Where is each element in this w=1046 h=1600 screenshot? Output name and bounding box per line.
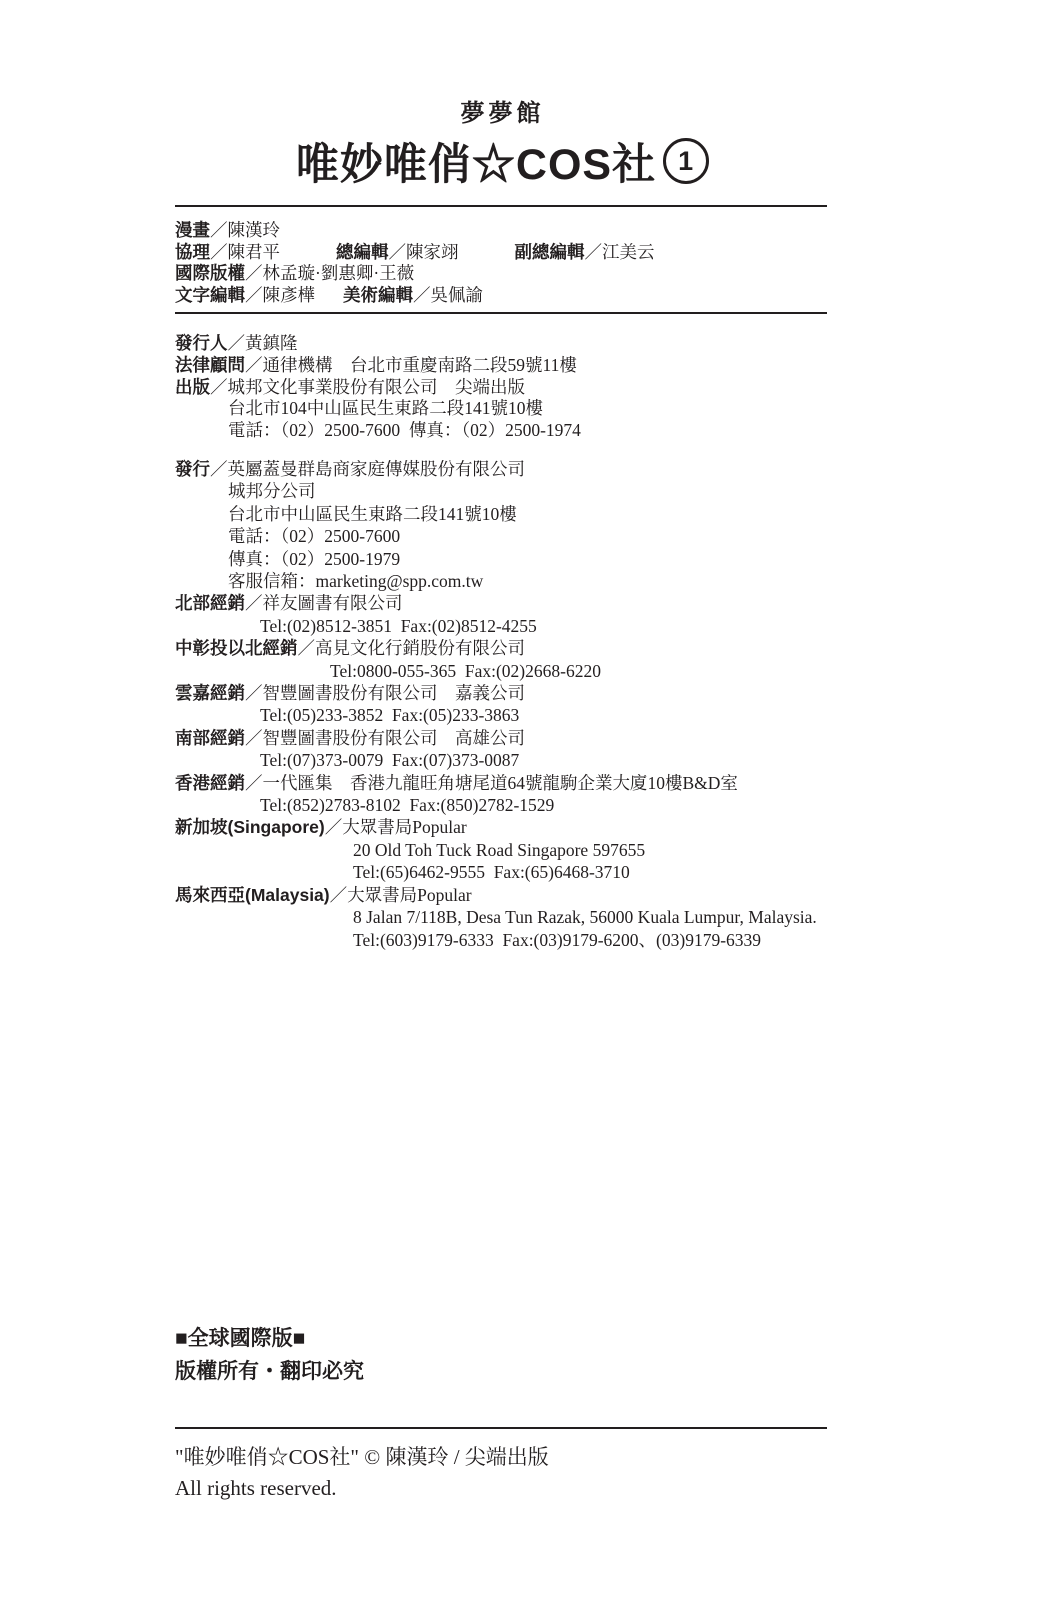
singapore-distributor-value: 大眾書局Popular	[342, 817, 466, 837]
service-email: 客服信箱：marketing@spp.com.tw	[175, 570, 830, 592]
malaysia-distributor-label: 馬來西亞(Malaysia)	[175, 885, 330, 905]
credit-seg-text-editor: 文字編輯／陳彥樺	[175, 285, 315, 305]
volume-number: 1	[678, 146, 694, 177]
issuing-fax: 傳真：（02）2500-1979	[175, 548, 830, 570]
north-distributor-line: 北部經銷／祥友圖書有限公司	[175, 592, 830, 614]
copyright-notice: 版權所有・翻印必究	[175, 1355, 830, 1388]
yunjia-distributor-tel: Tel:(05)233-3852 Fax:(05)233-3863	[175, 704, 830, 726]
separator: ／	[210, 220, 228, 240]
credit-value: 江美云	[602, 242, 655, 262]
central-distributor-value: 高見文化行銷股份有限公司	[315, 638, 525, 658]
credit-label: 美術編輯	[343, 285, 413, 305]
credit-value: 林孟璇·劉惠卿·王薇	[263, 263, 415, 283]
issuer-label: 發行人	[175, 333, 228, 353]
singapore-distributor-line: 新加坡(Singapore)／大眾書局Popular	[175, 816, 830, 838]
rights-line: All rights reserved.	[175, 1473, 830, 1504]
yunjia-distributor-label: 雲嘉經銷	[175, 683, 245, 703]
singapore-distributor-tel: Tel:(65)6462-9555 Fax:(65)6468-3710	[175, 861, 830, 883]
credit-line-text-art-editors: 文字編輯／陳彥樺美術編輯／吳佩諭	[175, 285, 830, 307]
issuer-line: 發行人／黃鎮隆	[175, 333, 830, 355]
south-distributor-label: 南部經銷	[175, 728, 245, 748]
separator: ／	[245, 285, 263, 305]
credit-seg-chief-editor: 總編輯／陳家翊	[336, 242, 459, 262]
issuer-value: 黃鎮隆	[245, 333, 298, 353]
separator: ／	[245, 263, 263, 283]
publishing-line: 出版／城邦文化事業股份有限公司 尖端出版	[175, 377, 830, 399]
credit-label: 協理	[175, 242, 210, 262]
separator: ／	[298, 638, 316, 658]
title-text: 唯妙唯俏☆COS社	[296, 131, 656, 192]
separator: ／	[389, 242, 407, 262]
legal-line: 法律顧問／通律機構 台北市重慶南路二段59號11樓	[175, 355, 830, 377]
distribution-section: 發行／英屬蓋曼群島商家庭傳媒股份有限公司 城邦分公司 台北市中山區民生東路二段1…	[175, 458, 830, 951]
central-distributor-tel: Tel:0800-055-365 Fax:(02)2668-6220	[175, 660, 830, 682]
malaysia-distributor-line: 馬來西亞(Malaysia)／大眾書局Popular	[175, 884, 830, 906]
attribution-line: "唯妙唯俏☆COS社" © 陳漢玲 / 尖端出版	[175, 1442, 830, 1473]
publishing-value: 城邦文化事業股份有限公司 尖端出版	[228, 377, 526, 397]
yunjia-distributor-line: 雲嘉經銷／智豐圖書股份有限公司 嘉義公司	[175, 682, 830, 704]
publisher-address: 台北市104中山區民生東路二段141號10樓	[175, 398, 830, 420]
credit-value: 陳漢玲	[228, 220, 281, 240]
issuing-label: 發行	[175, 459, 210, 479]
page-content: 夢夢館 唯妙唯俏☆COS社 1 漫畫／陳漢玲 協理／陳君平總編輯／陳家翊副總編輯…	[175, 0, 830, 951]
issuing-phone: 電話：（02）2500-7600	[175, 525, 830, 547]
separator: ／	[210, 377, 228, 397]
separator: ／	[210, 459, 228, 479]
hongkong-distributor-label: 香港經銷	[175, 773, 245, 793]
credit-line-manga: 漫畫／陳漢玲	[175, 220, 830, 242]
issuing-line: 發行／英屬蓋曼群島商家庭傳媒股份有限公司	[175, 458, 830, 480]
separator: ／	[245, 683, 263, 703]
south-distributor-line: 南部經銷／智豐圖書股份有限公司 高雄公司	[175, 727, 830, 749]
edition-line: ■全球國際版■	[175, 1322, 830, 1355]
legal-label: 法律顧問	[175, 355, 245, 375]
divider-top	[175, 205, 827, 207]
colophon-page: 夢夢館 唯妙唯俏☆COS社 1 漫畫／陳漢玲 協理／陳君平總編輯／陳家翊副總編輯…	[0, 0, 1046, 1600]
issuing-address: 台北市中山區民生東路二段141號10樓	[175, 503, 830, 525]
malaysia-distributor-tel: Tel:(603)9179-6333 Fax:(03)9179-6200、(03…	[175, 929, 830, 951]
separator: ／	[585, 242, 603, 262]
north-distributor-tel: Tel:(02)8512-3851 Fax:(02)8512-4255	[175, 615, 830, 637]
south-distributor-tel: Tel:(07)373-0079 Fax:(07)373-0087	[175, 749, 830, 771]
credit-label: 文字編輯	[175, 285, 245, 305]
singapore-distributor-address: 20 Old Toh Tuck Road Singapore 597655	[175, 839, 830, 861]
central-distributor-line: 中彰投以北經銷／高見文化行銷股份有限公司	[175, 637, 830, 659]
hongkong-distributor-line: 香港經銷／一代匯集 香港九龍旺角塘尾道64號龍駒企業大廈10樓B&D室	[175, 772, 830, 794]
hongkong-distributor-tel: Tel:(852)2783-8102 Fax:(850)2782-1529	[175, 794, 830, 816]
yunjia-distributor-value: 智豐圖書股份有限公司 嘉義公司	[263, 683, 526, 703]
separator: ／	[245, 355, 263, 375]
credits-section: 漫畫／陳漢玲 協理／陳君平總編輯／陳家翊副總編輯／江美云 國際版權／林孟璇·劉惠…	[175, 220, 830, 306]
credit-label: 漫畫	[175, 220, 210, 240]
central-distributor-label: 中彰投以北經銷	[175, 638, 298, 658]
credit-label: 總編輯	[336, 242, 389, 262]
credit-seg-art-editor: 美術編輯／吳佩諭	[343, 285, 483, 305]
credit-value: 陳君平	[228, 242, 281, 262]
legal-value: 通律機構 台北市重慶南路二段59號11樓	[263, 355, 577, 375]
publisher-phone-fax: 電話：（02）2500-7600 傳真：（02）2500-1974	[175, 420, 830, 442]
divider-footer	[175, 1427, 827, 1429]
credit-line-international-rights: 國際版權／林孟璇·劉惠卿·王薇	[175, 263, 830, 285]
credit-value: 吳佩諭	[431, 285, 484, 305]
issuing-branch: 城邦分公司	[175, 480, 830, 502]
south-distributor-value: 智豐圖書股份有限公司 高雄公司	[263, 728, 526, 748]
credit-seg-associate: 協理／陳君平	[175, 242, 280, 262]
separator: ／	[228, 333, 246, 353]
credit-value: 陳家翊	[406, 242, 459, 262]
footer-section: ■全球國際版■ 版權所有・翻印必究 "唯妙唯俏☆COS社" © 陳漢玲 / 尖端…	[175, 1322, 830, 1504]
separator: ／	[330, 885, 348, 905]
malaysia-distributor-value: 大眾書局Popular	[347, 885, 471, 905]
separator: ／	[413, 285, 431, 305]
credit-label: 副總編輯	[515, 242, 585, 262]
credit-value: 陳彥樺	[263, 285, 316, 305]
hongkong-distributor-value: 一代匯集 香港九龍旺角塘尾道64號龍駒企業大廈10樓B&D室	[263, 773, 738, 793]
divider-credits	[175, 312, 827, 314]
credit-label: 國際版權	[175, 263, 245, 283]
separator: ／	[325, 817, 343, 837]
separator: ／	[245, 773, 263, 793]
separator: ／	[245, 728, 263, 748]
north-distributor-label: 北部經銷	[175, 593, 245, 613]
malaysia-distributor-address: 8 Jalan 7/118B, Desa Tun Razak, 56000 Ku…	[175, 906, 830, 928]
publisher-section: 發行人／黃鎮隆 法律顧問／通律機構 台北市重慶南路二段59號11樓 出版／城邦文…	[175, 333, 830, 442]
volume-badge: 1	[663, 138, 709, 184]
publishing-label: 出版	[175, 377, 210, 397]
credit-seg-deputy-chief-editor: 副總編輯／江美云	[515, 242, 655, 262]
credit-line-editors: 協理／陳君平總編輯／陳家翊副總編輯／江美云	[175, 242, 830, 264]
book-title: 唯妙唯俏☆COS社 1	[175, 132, 830, 190]
imprint-line: 夢夢館	[175, 99, 830, 129]
singapore-distributor-label: 新加坡(Singapore)	[175, 817, 325, 837]
issuing-value: 英屬蓋曼群島商家庭傳媒股份有限公司	[228, 459, 526, 479]
separator: ／	[210, 242, 228, 262]
north-distributor-value: 祥友圖書有限公司	[263, 593, 403, 613]
separator: ／	[245, 593, 263, 613]
